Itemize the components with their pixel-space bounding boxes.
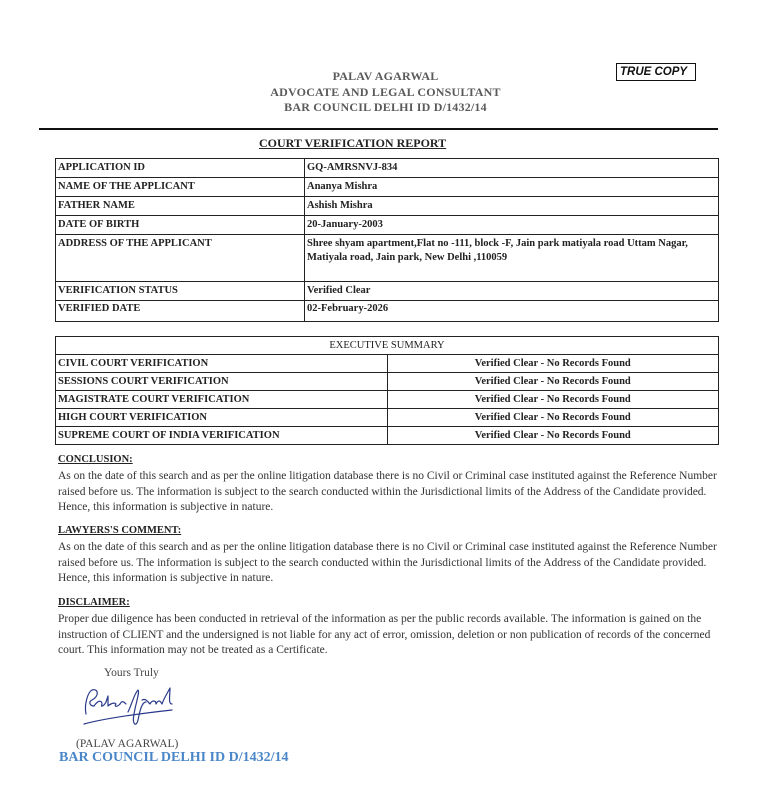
field-label: FATHER NAME bbox=[56, 197, 305, 216]
field-value: Ananya Mishra bbox=[305, 178, 719, 197]
table-row: SESSIONS COURT VERIFICATION Verified Cle… bbox=[56, 373, 719, 391]
table-row: VERIFIED DATE 02-February-2026 bbox=[56, 301, 719, 322]
table-row: APPLICATION ID GQ-AMRSNVJ-834 bbox=[56, 159, 719, 178]
court-result: Verified Clear - No Records Found bbox=[387, 409, 719, 427]
disclaimer-heading: DISCLAIMER: bbox=[58, 595, 718, 610]
court-label: SESSIONS COURT VERIFICATION bbox=[56, 373, 388, 391]
closing-text: Yours Truly bbox=[104, 667, 159, 679]
field-label: VERIFICATION STATUS bbox=[56, 282, 305, 301]
lawyers-comment-section: LAWYERS'S COMMENT: As on the date of thi… bbox=[58, 523, 718, 586]
conclusion-heading: CONCLUSION: bbox=[58, 452, 718, 467]
field-label: NAME OF THE APPLICANT bbox=[56, 178, 305, 197]
table-header-row: EXECUTIVE SUMMARY bbox=[56, 337, 719, 355]
court-result: Verified Clear - No Records Found bbox=[387, 391, 719, 409]
applicant-details-table: APPLICATION ID GQ-AMRSNVJ-834 NAME OF TH… bbox=[55, 158, 719, 322]
report-title: COURT VERIFICATION REPORT bbox=[259, 136, 446, 151]
true-copy-stamp: TRUE COPY bbox=[616, 63, 696, 81]
court-result: Verified Clear - No Records Found bbox=[387, 373, 719, 391]
field-value: Verified Clear bbox=[305, 282, 719, 301]
field-label: VERIFIED DATE bbox=[56, 301, 305, 322]
lawyers-comment-text: As on the date of this search and as per… bbox=[58, 540, 718, 586]
court-label: HIGH COURT VERIFICATION bbox=[56, 409, 388, 427]
executive-summary-title: EXECUTIVE SUMMARY bbox=[56, 337, 719, 355]
signature-icon bbox=[76, 684, 186, 732]
signatory-bar-id: BAR COUNCIL DELHI ID D/1432/14 bbox=[59, 750, 288, 766]
conclusion-section: CONCLUSION: As on the date of this searc… bbox=[58, 452, 718, 515]
executive-summary-table: EXECUTIVE SUMMARY CIVIL COURT VERIFICATI… bbox=[55, 336, 719, 445]
court-result: Verified Clear - No Records Found bbox=[387, 355, 719, 373]
field-value: Ashish Mishra bbox=[305, 197, 719, 216]
table-row: FATHER NAME Ashish Mishra bbox=[56, 197, 719, 216]
table-row: ADDRESS OF THE APPLICANT Shree shyam apa… bbox=[56, 235, 719, 282]
table-row: VERIFICATION STATUS Verified Clear bbox=[56, 282, 719, 301]
advocate-bar-id: BAR COUNCIL DELHI ID D/1432/14 bbox=[13, 100, 758, 116]
table-row: SUPREME COURT OF INDIA VERIFICATION Veri… bbox=[56, 427, 719, 445]
field-label: APPLICATION ID bbox=[56, 159, 305, 178]
advocate-designation: ADVOCATE AND LEGAL CONSULTANT bbox=[13, 85, 758, 101]
table-row: DATE OF BIRTH 20-January-2003 bbox=[56, 216, 719, 235]
court-label: SUPREME COURT OF INDIA VERIFICATION bbox=[56, 427, 388, 445]
field-value: 20-January-2003 bbox=[305, 216, 719, 235]
conclusion-text: As on the date of this search and as per… bbox=[58, 469, 718, 515]
field-value: Shree shyam apartment,Flat no -111, bloc… bbox=[305, 235, 719, 282]
field-label: DATE OF BIRTH bbox=[56, 216, 305, 235]
disclaimer-text: Proper due diligence has been conducted … bbox=[58, 612, 718, 658]
table-row: MAGISTRATE COURT VERIFICATION Verified C… bbox=[56, 391, 719, 409]
field-value: 02-February-2026 bbox=[305, 301, 719, 322]
signatory-name: (PALAV AGARWAL) bbox=[76, 738, 178, 750]
table-row: NAME OF THE APPLICANT Ananya Mishra bbox=[56, 178, 719, 197]
table-row: HIGH COURT VERIFICATION Verified Clear -… bbox=[56, 409, 719, 427]
table-row: CIVIL COURT VERIFICATION Verified Clear … bbox=[56, 355, 719, 373]
header-divider bbox=[39, 128, 718, 130]
field-label: ADDRESS OF THE APPLICANT bbox=[56, 235, 305, 282]
lawyers-comment-heading: LAWYERS'S COMMENT: bbox=[58, 523, 718, 538]
court-label: MAGISTRATE COURT VERIFICATION bbox=[56, 391, 388, 409]
disclaimer-section: DISCLAIMER: Proper due diligence has bee… bbox=[58, 595, 718, 658]
court-result: Verified Clear - No Records Found bbox=[387, 427, 719, 445]
court-label: CIVIL COURT VERIFICATION bbox=[56, 355, 388, 373]
field-value: GQ-AMRSNVJ-834 bbox=[305, 159, 719, 178]
